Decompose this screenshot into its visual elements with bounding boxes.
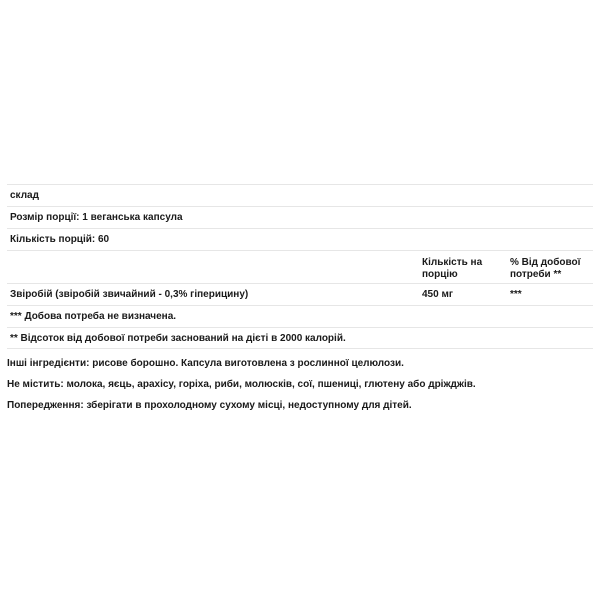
header-amount: Кількість на порцію	[422, 257, 510, 283]
product-notes: Інші інгредієнти: рисове борошно. Капсул…	[7, 358, 597, 421]
supplement-facts-table: склад Розмір порції: 1 веганська капсула…	[7, 184, 593, 349]
ingredient-row: Звіробій (звіробій звичайний - 0,3% гіпе…	[7, 283, 593, 305]
ingredient-name: Звіробій (звіробій звичайний - 0,3% гіпе…	[10, 289, 422, 300]
header-daily-value: % Від добової потреби **	[510, 257, 590, 283]
footnote-percent-daily-value: ** Відсоток від добової потреби заснован…	[10, 333, 346, 344]
servings-per-container-row: Кількість порцій: 60	[7, 228, 593, 250]
footnote-daily-value-not-established: *** Добова потреба не визначена.	[10, 311, 176, 322]
footnote-row: ** Відсоток від добової потреби заснован…	[7, 327, 593, 349]
ingredient-daily-value: ***	[510, 289, 590, 301]
storage-warning: Попередження: зберігати в прохолодному с…	[7, 400, 597, 421]
allergen-statement: Не містить: молока, яєць, арахісу, горіх…	[7, 379, 597, 400]
serving-size: Розмір порції: 1 веганська капсула	[10, 212, 183, 223]
facts-title: склад	[10, 190, 39, 201]
ingredient-amount: 450 мг	[422, 289, 510, 301]
other-ingredients: Інші інгредієнти: рисове борошно. Капсул…	[7, 358, 597, 379]
servings-per-container: Кількість порцій: 60	[10, 234, 109, 245]
serving-size-row: Розмір порції: 1 веганська капсула	[7, 206, 593, 228]
footnote-row: *** Добова потреба не визначена.	[7, 305, 593, 327]
column-header-row: Кількість на порцію % Від добової потреб…	[7, 250, 593, 283]
header-name-column	[10, 257, 422, 283]
facts-title-row: склад	[7, 184, 593, 206]
